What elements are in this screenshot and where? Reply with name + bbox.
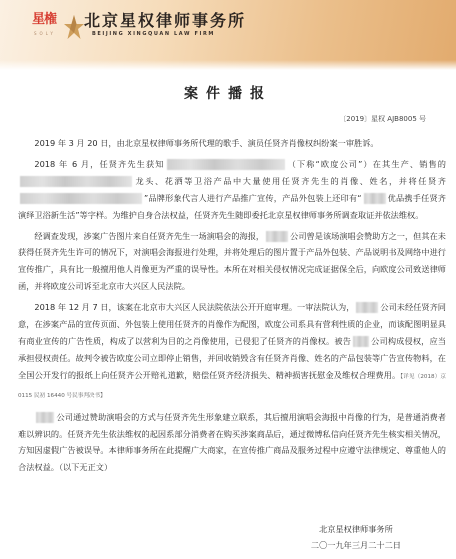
redacted-text: [20, 176, 132, 187]
redacted-text: [356, 302, 378, 313]
header-banner: 星権 SOLY 北京星权律师事务所 BEIJING XINGQUAN LAW F…: [0, 0, 456, 70]
paragraph: 2018 年 12 月 7 日，该案在北京市大兴区人民法院依法公开开庭审理。一审…: [18, 299, 446, 404]
redacted-text: [266, 231, 288, 242]
redacted-text: [167, 159, 285, 170]
paragraph: 公司通过赞助演唱会的方式与任贤齐先生形象建立联系，其后擅用演唱会海报中肖像的行为…: [18, 409, 446, 477]
logo-text-en: SOLY: [34, 31, 56, 36]
paragraph-text: 2018 年 6 月，任贤齐先生获知: [34, 159, 164, 169]
paragraph: 2019 年 3 月 20 日，由北京星权律师事务所代理的歌手、演员任贤齐肖像权…: [18, 135, 446, 152]
paragraph: 经调查发现，涉案广告图片来自任贤齐先生一场演唱会的海报，公司曾是该场演唱会赞助方…: [18, 228, 446, 296]
firm-logo: 星権 SOLY: [32, 12, 82, 40]
firm-name-en: BEIJING XINGQUAN LAW FIRM: [92, 31, 215, 37]
paragraph-text: 公司通过赞助演唱会的方式与任贤齐先生形象建立联系，其后擅用演唱会海报中肖像的行为…: [18, 412, 446, 473]
document-number: 〔2019〕星权 AJB8005 号: [339, 114, 426, 124]
redacted-text: [20, 193, 142, 204]
paragraph-text: （下称“欧度公司”）在其生产、销售的: [287, 159, 446, 169]
paragraph-text: ”品牌形象代言人进行产品推广宣传，产品外包装上还印有“: [144, 193, 362, 203]
signature-block: 北京星权律师事务所 二〇一九年三月二十二日: [311, 521, 401, 553]
firm-name-cn: 北京星权律师事务所: [84, 12, 246, 30]
document-page: 星権 SOLY 北京星权律师事务所 BEIJING XINGQUAN LAW F…: [0, 0, 456, 559]
paragraph-text: 经调查发现，涉案广告图片来自任贤齐先生一场演唱会的海报，: [34, 231, 264, 241]
signature-date: 二〇一九年三月二十二日: [311, 537, 401, 553]
signature-firm: 北京星权律师事务所: [311, 521, 401, 537]
paragraph-text: 龙头、花洒等卫浴产品中大量使用任贤齐先生的肖像、姓名，并将任贤齐: [134, 176, 446, 186]
redacted-text: [36, 412, 54, 423]
paragraph-text: 2018 年 12 月 7 日，该案在北京市大兴区人民法院依法公开开庭审理。一审…: [34, 302, 354, 312]
logo-text-cn: 星権: [32, 13, 56, 27]
paragraph-text: 2019 年 3 月 20 日，由北京星权律师事务所代理的歌手、演员任贤齐肖像权…: [34, 138, 378, 148]
redacted-text: [353, 336, 369, 347]
document-title: 案件播报: [0, 83, 456, 103]
document-content: 2019 年 3 月 20 日，由北京星权律师事务所代理的歌手、演员任贤齐肖像权…: [18, 135, 446, 480]
redacted-text: [364, 193, 386, 204]
paragraph: 2018 年 6 月，任贤齐先生获知（下称“欧度公司”）在其生产、销售的龙头、花…: [18, 156, 446, 224]
star-icon: [58, 14, 84, 40]
